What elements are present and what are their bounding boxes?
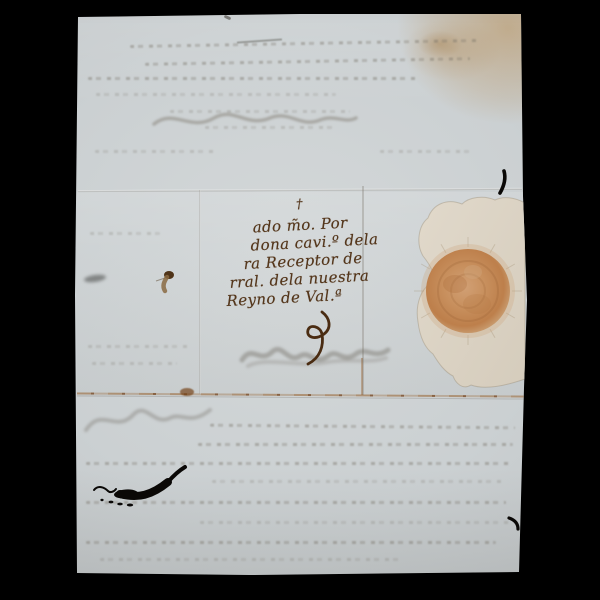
showthrough-text-row: [88, 77, 418, 80]
showthrough-text-row: [100, 558, 400, 561]
letter-paper: † ado m̃o. Por dona cavi.º dela ra Recep…: [0, 0, 600, 600]
rubric-flourish: [296, 310, 340, 366]
seal-paper-wafer: [411, 192, 527, 396]
showthrough-text-row: [86, 541, 496, 544]
showthrough-text-row: [130, 39, 480, 48]
showthrough-text-row: [145, 57, 470, 66]
showthrough-text-row: [212, 480, 502, 483]
showthrough-text-row: [92, 362, 177, 365]
showthrough-text-row: [200, 521, 512, 524]
showthrough-text-row: [95, 150, 215, 153]
black-ink-comma-bottom: [506, 514, 522, 532]
tiny-tick: [224, 15, 232, 21]
address-block: † ado m̃o. Por dona cavi.º dela ra Recep…: [221, 192, 383, 310]
showthrough-text-row: [198, 443, 513, 446]
showthrough-text-row: [380, 150, 475, 153]
black-ink-comma-right: [494, 168, 508, 198]
showthrough-text-row: [88, 345, 188, 348]
showthrough-scrawl: [82, 396, 217, 436]
showthrough-text-row: [90, 232, 160, 235]
showthrough-text-row: [210, 424, 515, 430]
showthrough-flourish: [150, 88, 360, 134]
rust-blob-on-crease: [180, 388, 194, 396]
brown-ink-blot: [156, 268, 178, 294]
photo-backdrop: † ado m̃o. Por dona cavi.º dela ra Recep…: [0, 0, 600, 600]
black-ink-swoosh: [90, 458, 190, 510]
